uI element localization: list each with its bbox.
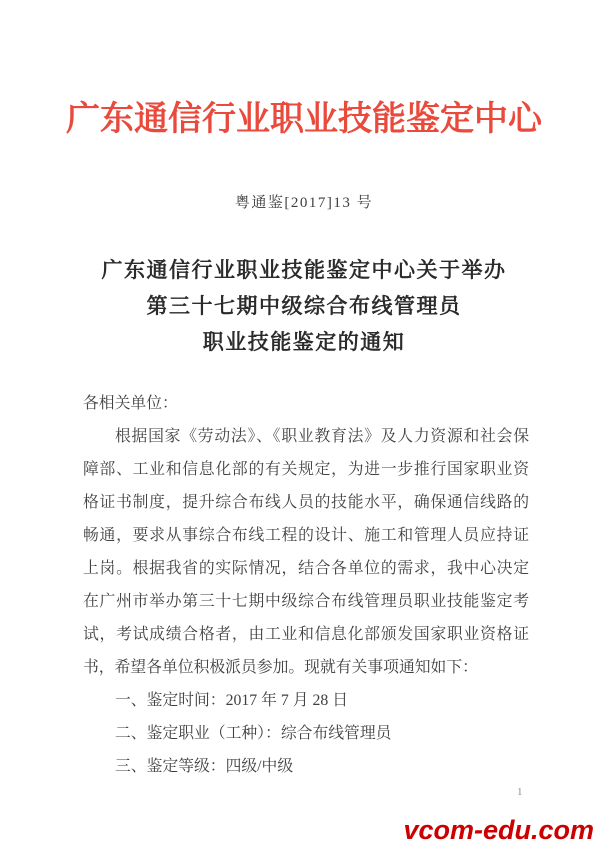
body-line: 上岗。根据我省的实际情况，结合各单位的需求，我中心决定 (83, 552, 529, 585)
notice-title-line-2: 第三十七期中级综合布线管理员 (0, 288, 608, 324)
body-line: 障部、工业和信息化部的有关规定，为进一步推行国家职业资 (83, 453, 529, 486)
doc-number: 粤通鉴[2017]13 号 (0, 192, 608, 214)
body-line: 根据国家《劳动法》、《职业教育法》及人力资源和社会保 (83, 420, 529, 453)
notice-title-line-3: 职业技能鉴定的通知 (0, 324, 608, 360)
body-line: 畅通，要求从事综合布线工程的设计、施工和管理人员应持证 (83, 519, 529, 552)
notice-body: 各相关单位： 根据国家《劳动法》、《职业教育法》及人力资源和社会保 障部、工业和… (83, 387, 529, 783)
list-item-appraisal-time: 一、鉴定时间：2017 年 7 月 28 日 (83, 684, 529, 717)
notice-title-line-1: 广东通信行业职业技能鉴定中心关于举办 (0, 252, 608, 288)
body-line: 书，希望各单位积极派员参加。现就有关事项通知如下： (83, 651, 529, 684)
letterhead-org-title: 广东通信行业职业技能鉴定中心 (0, 98, 608, 142)
salutation-line: 各相关单位： (83, 387, 529, 420)
list-item-appraisal-level: 三、鉴定等级：四级/中级 (83, 750, 529, 783)
body-line: 试，考试成绩合格者，由工业和信息化部颁发国家职业资格证 (83, 618, 529, 651)
watermark-vcom-edu: vcom-edu.com (403, 815, 594, 846)
notice-title: 广东通信行业职业技能鉴定中心关于举办 第三十七期中级综合布线管理员 职业技能鉴定… (0, 252, 608, 360)
scanned-notice-page: 广东通信行业职业技能鉴定中心 粤通鉴[2017]13 号 广东通信行业职业技能鉴… (0, 0, 608, 860)
list-item-appraisal-occupation: 二、鉴定职业（工种）：综合布线管理员 (83, 717, 529, 750)
body-line: 在广州市举办第三十七期中级综合布线管理员职业技能鉴定考 (83, 585, 529, 618)
page-number: 1 (517, 786, 523, 798)
body-line: 格证书制度，提升综合布线人员的技能水平，确保通信线路的 (83, 486, 529, 519)
